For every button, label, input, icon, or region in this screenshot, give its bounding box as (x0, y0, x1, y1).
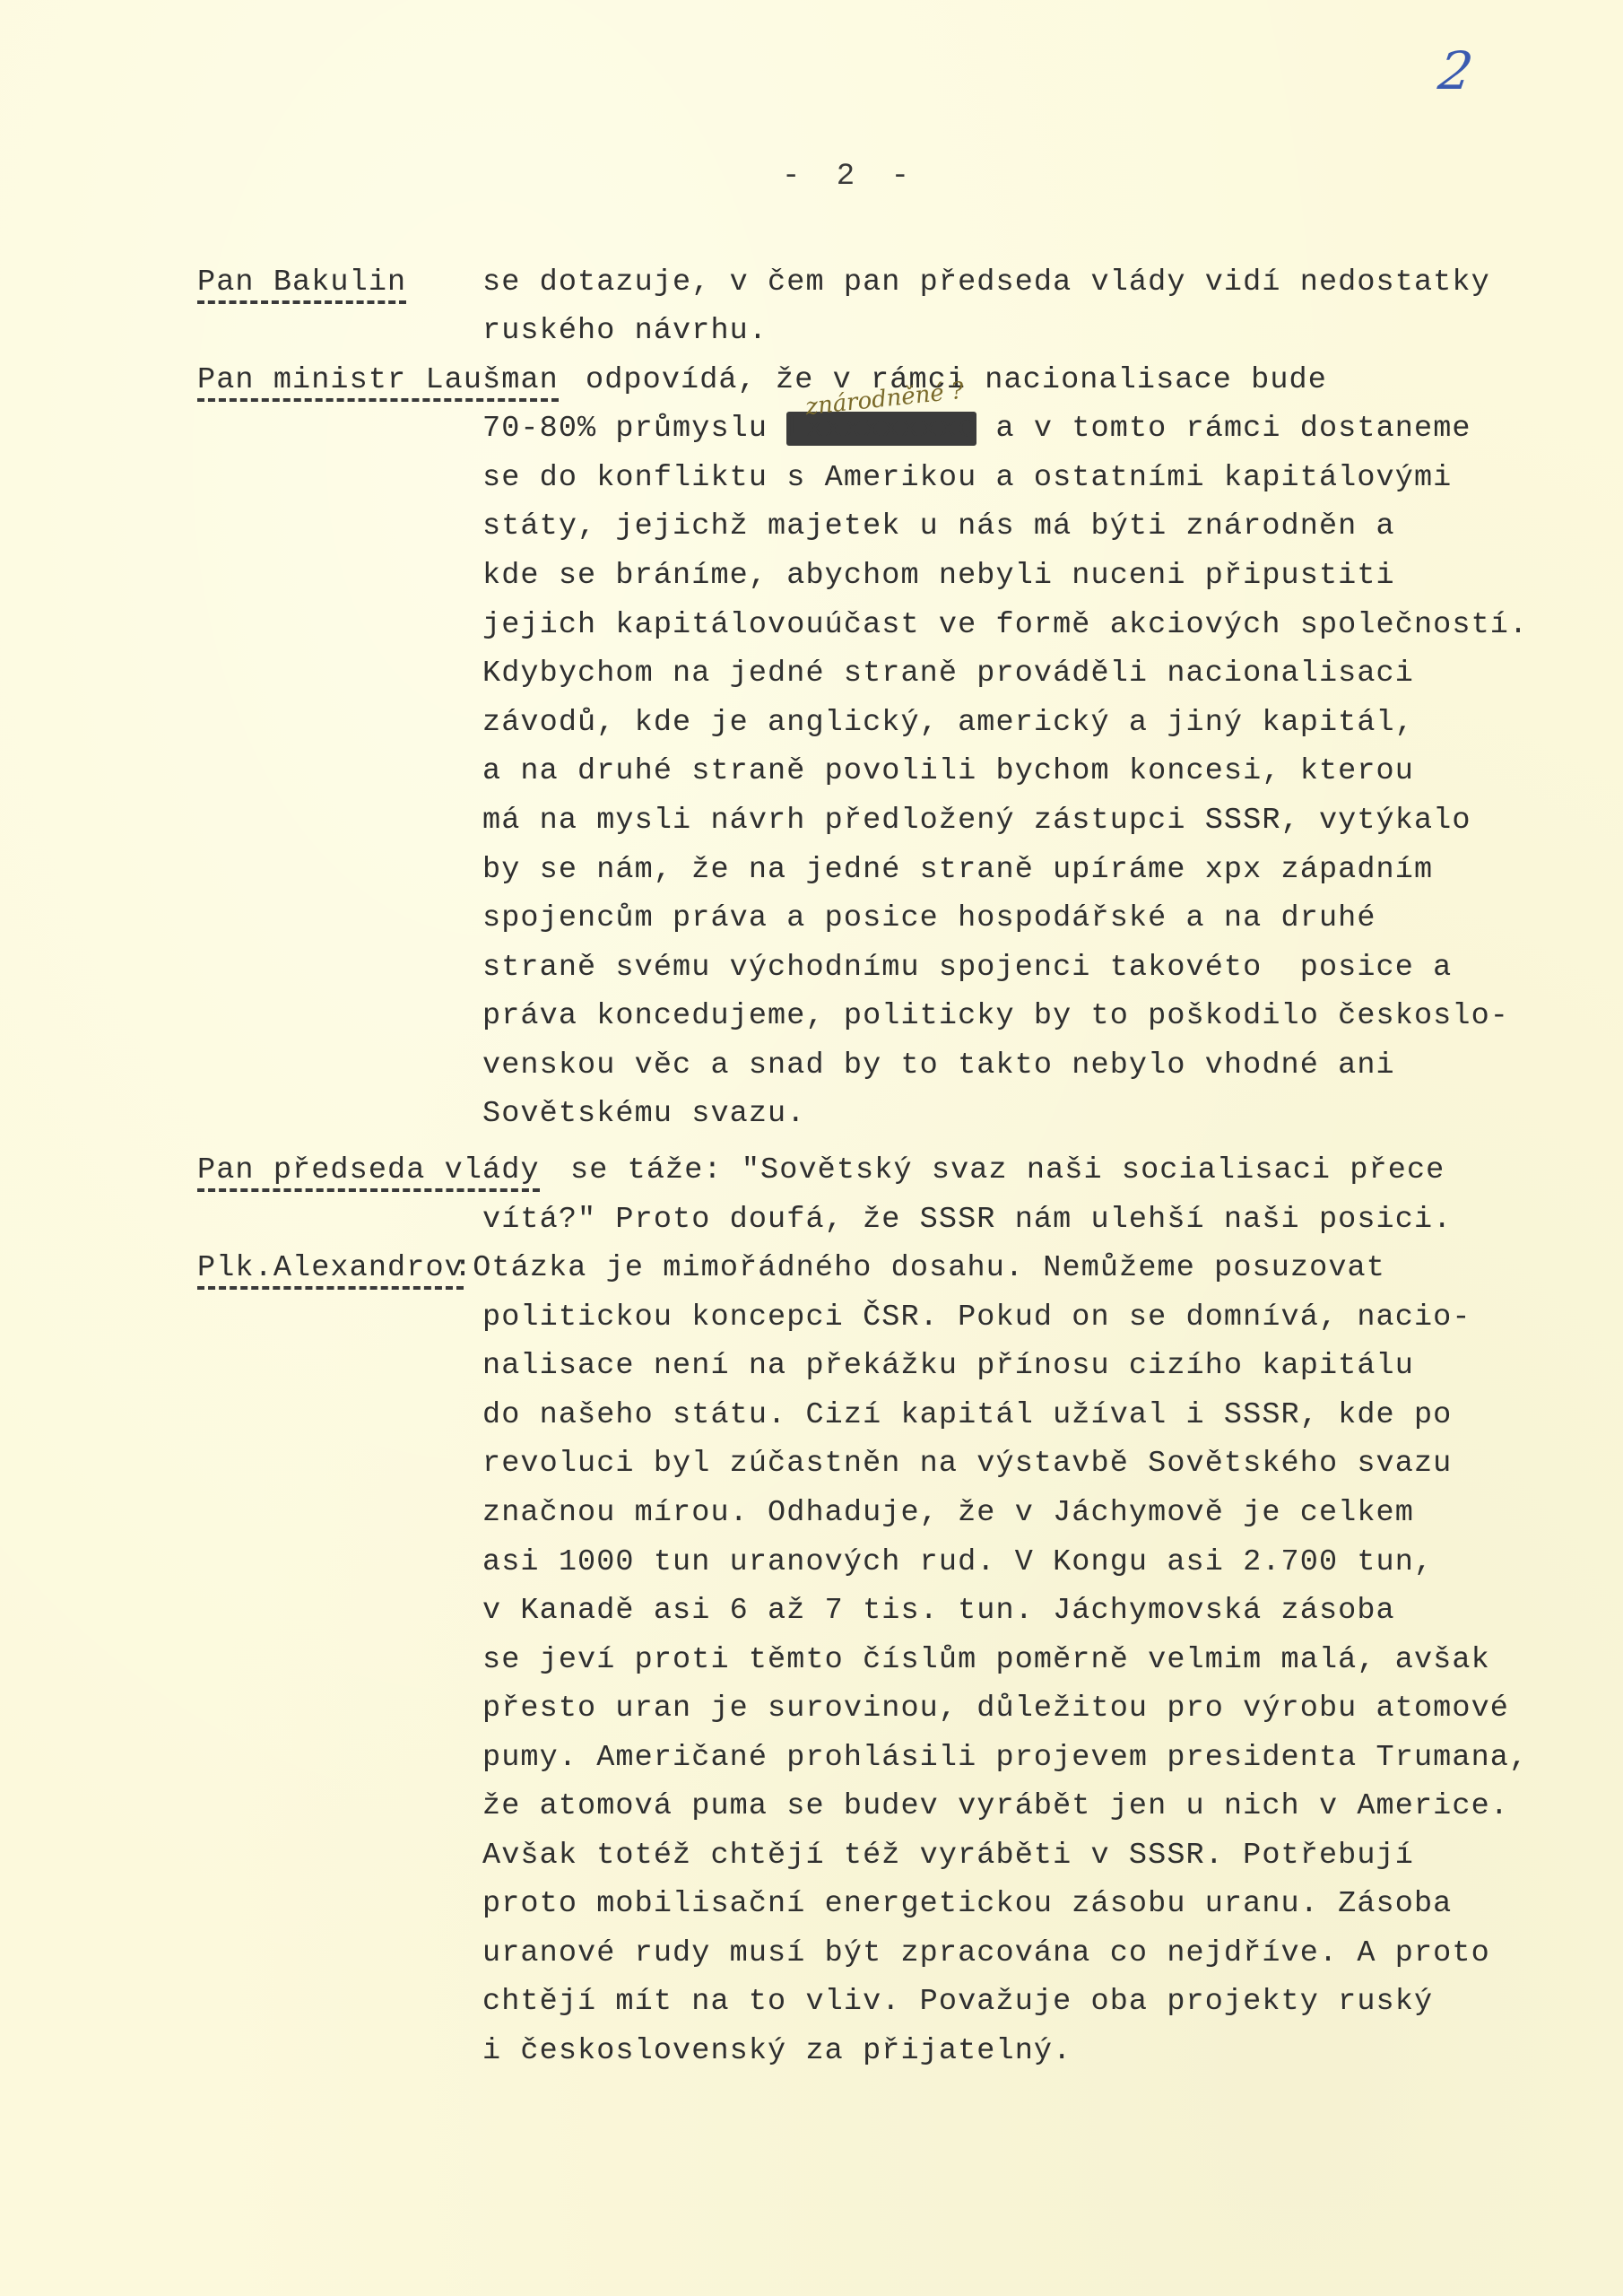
text-line: se táže: "Sovětský svaz naši socialisaci… (570, 1152, 1445, 1188)
text-line: vítá?" Proto doufá, že SSSR nám ulehší n… (482, 1202, 1452, 1238)
text-line: revoluci byl zúčastněn na výstavbě Sovět… (482, 1446, 1452, 1482)
text-line: Kdybychom na jedné straně prováděli naci… (482, 656, 1414, 691)
text-line: kde se bráníme, abychom nebyli nuceni př… (482, 558, 1395, 594)
text-line: nalisace není na překážku přínosu cizího… (482, 1348, 1414, 1384)
text-line: pumy. Američané prohlásili projevem pres… (482, 1740, 1528, 1776)
text-line: ruského návrhu. (482, 313, 768, 349)
text-fragment: a v tomto rámci dostaneme (976, 412, 1471, 446)
text-line: by se nám, že na jedné straně upíráme xp… (482, 852, 1433, 888)
page-number: - 2 - (782, 160, 918, 194)
text-line-with-correction: 70-80% průmyslu Lxxxxxxxxo a v tomto rám… (482, 411, 1471, 447)
text-line: státy, jejichž majetek u nás má býti zná… (482, 509, 1395, 544)
text-line: chtějí mít na to vliv. Považuje oba proj… (482, 1984, 1433, 2020)
text-line: proto mobilisační energetickou zásobu ur… (482, 1886, 1452, 1922)
text-line: závodů, kde je anglický, americký a jiný… (482, 705, 1414, 741)
text-line: :Otázka je mimořádného dosahu. Nemůžeme … (454, 1250, 1385, 1286)
text-fragment: 70-80% průmyslu (482, 412, 786, 446)
text-line: asi 1000 tun uranových rud. V Kongu asi … (482, 1544, 1433, 1580)
text-line: a na druhé straně povolili bychom konces… (482, 753, 1414, 789)
text-line: přesto uran je surovinou, důležitou pro … (482, 1691, 1509, 1726)
speaker-predseda-vlady: Pan předseda vlády (197, 1152, 540, 1192)
text-line: uranové rudy musí být zpracována co nejd… (482, 1935, 1490, 1971)
text-line: spojencům práva a posice hospodářské a n… (482, 900, 1376, 936)
text-line: jejich kapitálovouúčast ve formě akciový… (482, 607, 1528, 643)
text-line: se jeví proti těmto číslům poměrně velmi… (482, 1642, 1490, 1678)
text-line: má na mysli návrh předložený zástupci SS… (482, 803, 1471, 839)
text-line: se dotazuje, v čem pan předseda vlády vi… (482, 265, 1490, 300)
text-line: se do konfliktu s Amerikou a ostatními k… (482, 460, 1452, 496)
text-line: práva koncedujeme, politicky by to poško… (482, 998, 1509, 1034)
text-line: značnou mírou. Odhaduje, že v Jáchymově … (482, 1495, 1414, 1531)
text-line: že atomová puma se budev vyrábět jen u n… (482, 1788, 1509, 1824)
text-line: do našeho státu. Cizí kapitál užíval i S… (482, 1397, 1452, 1433)
text-line: v Kanadě asi 6 až 7 tis. tun. Jáchymovsk… (482, 1593, 1395, 1629)
text-line: Sovětskému svazu. (482, 1096, 805, 1132)
speaker-alexandrov: Plk.Alexandrov (197, 1250, 464, 1290)
text-line: politickou koncepci ČSR. Pokud on se dom… (482, 1300, 1471, 1335)
speaker-bakulin: Pan Bakulin (197, 265, 406, 304)
text-line: Avšak totéž chtějí též vyráběti v SSSR. … (482, 1838, 1414, 1874)
text-line: straně svému východnímu spojenci takovét… (482, 950, 1452, 986)
text-line: i československý za přijatelný. (482, 2033, 1072, 2069)
text-line: venskou věc a snad by to takto nebylo vh… (482, 1048, 1395, 1083)
speaker-lausman: Pan ministr Laušman (197, 362, 559, 402)
